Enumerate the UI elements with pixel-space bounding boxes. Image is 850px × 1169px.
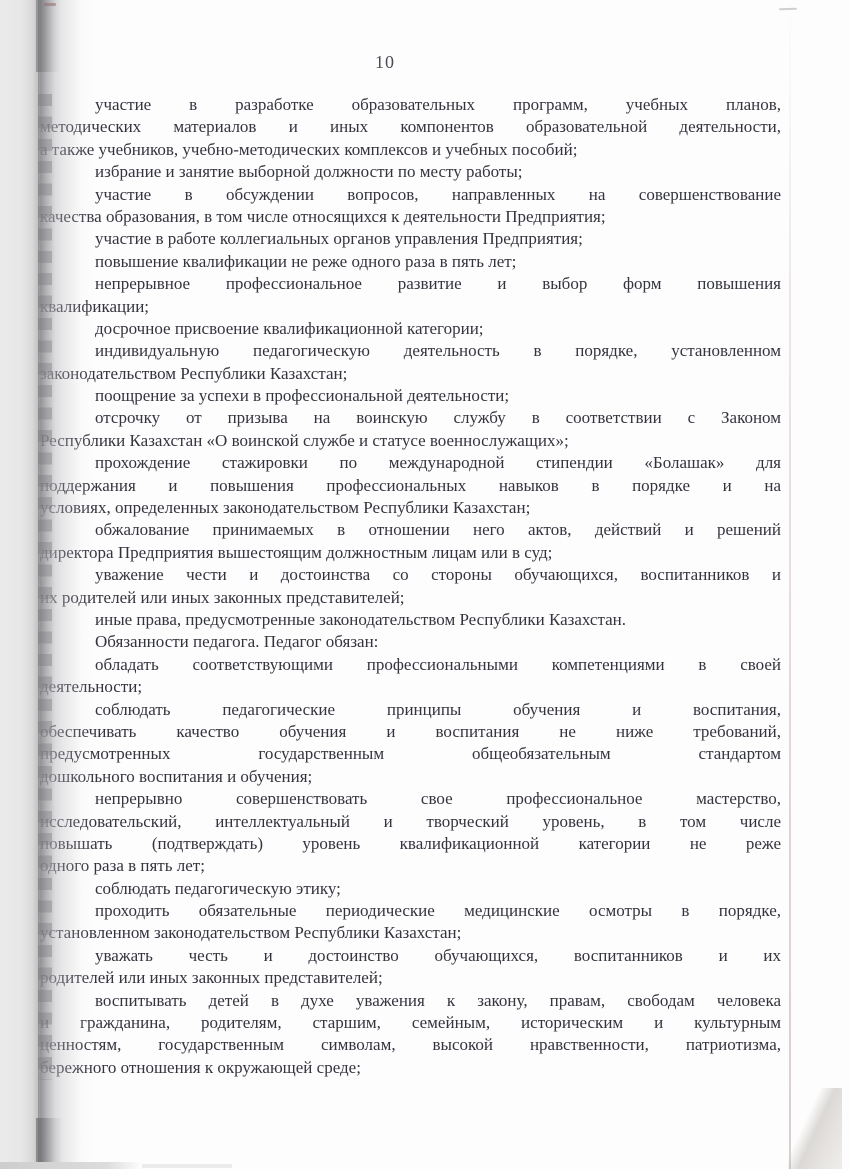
- text-line: поощрение за успехи в профессиональной д…: [40, 385, 781, 407]
- text-line: повышать (подтверждать) уровень квалифик…: [40, 833, 781, 855]
- text-line: непрерывное профессиональное развитие и …: [40, 273, 781, 295]
- text-line: обжалование принимаемых в отношении него…: [40, 519, 781, 541]
- text-line: ценностям, государственным символам, выс…: [40, 1034, 781, 1056]
- text-line: участие в разработке образовательных про…: [40, 94, 781, 116]
- text-line: участие в обсуждении вопросов, направлен…: [40, 184, 781, 206]
- page-number: 10: [15, 52, 755, 73]
- text-line: директора Предприятия вышестоящим должно…: [40, 542, 781, 564]
- scan-artifact-dash-top-right: [779, 8, 797, 11]
- scan-artifact-dash-top-left: [44, 3, 56, 6]
- scan-bottom-edge-faint: [142, 1164, 232, 1168]
- text-line: проходить обязательные периодические мед…: [40, 900, 781, 922]
- text-line: участие в работе коллегиальных органов у…: [40, 228, 781, 250]
- text-line: досрочное присвоение квалификационной ка…: [40, 318, 781, 340]
- text-line: Республики Казахстан «О воинской службе …: [40, 430, 781, 452]
- text-line: Обязанности педагога. Педагог обязан:: [40, 631, 781, 653]
- text-line: бережного отношения к окружающей среде;: [40, 1057, 781, 1079]
- page-right-edge-line: [789, 0, 791, 1169]
- text-line: предусмотренных государственным общеобяз…: [40, 743, 781, 765]
- text-line: качества образования, в том числе относя…: [40, 206, 781, 228]
- text-line: индивидуальную педагогическую деятельнос…: [40, 340, 781, 362]
- text-line: соблюдать педагогические принципы обучен…: [40, 699, 781, 721]
- text-line: установленном законодательством Республи…: [40, 922, 781, 944]
- text-line: дошкольного воспитания и обучения;: [40, 766, 781, 788]
- page-corner-shadow: [788, 1088, 842, 1169]
- text-line: соблюдать педагогическую этику;: [40, 878, 781, 900]
- text-line: уважать честь и достоинство обучающихся,…: [40, 945, 781, 967]
- text-line: уважение чести и достоинства со стороны …: [40, 564, 781, 586]
- text-line: поддержания и повышения профессиональных…: [40, 475, 781, 497]
- text-line: иные права, предусмотренные законодатель…: [40, 609, 781, 631]
- text-line: родителей или иных законных представител…: [40, 967, 781, 989]
- document-text: участие в разработке образовательных про…: [40, 94, 781, 1079]
- text-line: одного раза в пять лет;: [40, 855, 781, 877]
- text-line: прохождение стажировки по международной …: [40, 452, 781, 474]
- text-line: обеспечивать качество обучения и воспита…: [40, 721, 781, 743]
- text-line: их родителей или иных законных представи…: [40, 587, 781, 609]
- scanned-page: 10 участие в разработке образовательных …: [0, 0, 850, 1169]
- text-line: воспитывать детей в духе уважения к зако…: [40, 990, 781, 1012]
- text-line: а также учебников, учебно-методических к…: [40, 139, 781, 161]
- scan-bottom-edge: [0, 1162, 142, 1169]
- scan-left-margin: [0, 0, 38, 1169]
- text-line: избрание и занятие выборной должности по…: [40, 161, 781, 183]
- text-line: квалификации;: [40, 296, 781, 318]
- text-line: повышение квалификации не реже одного ра…: [40, 251, 781, 273]
- text-line: и гражданина, родителям, старшим, семейн…: [40, 1012, 781, 1034]
- text-line: отсрочку от призыва на воинскую службу в…: [40, 407, 781, 429]
- text-line: деятельности;: [40, 676, 781, 698]
- text-line: законодательством Республики Казахстан;: [40, 363, 781, 385]
- text-line: обладать соответствующими профессиональн…: [40, 654, 781, 676]
- text-line: методических материалов и иных компонент…: [40, 116, 781, 138]
- text-line: непрерывно совершенствовать свое професс…: [40, 788, 781, 810]
- text-line: исследовательский, интеллектуальный и тв…: [40, 811, 781, 833]
- text-line: условиях, определенных законодательством…: [40, 497, 781, 519]
